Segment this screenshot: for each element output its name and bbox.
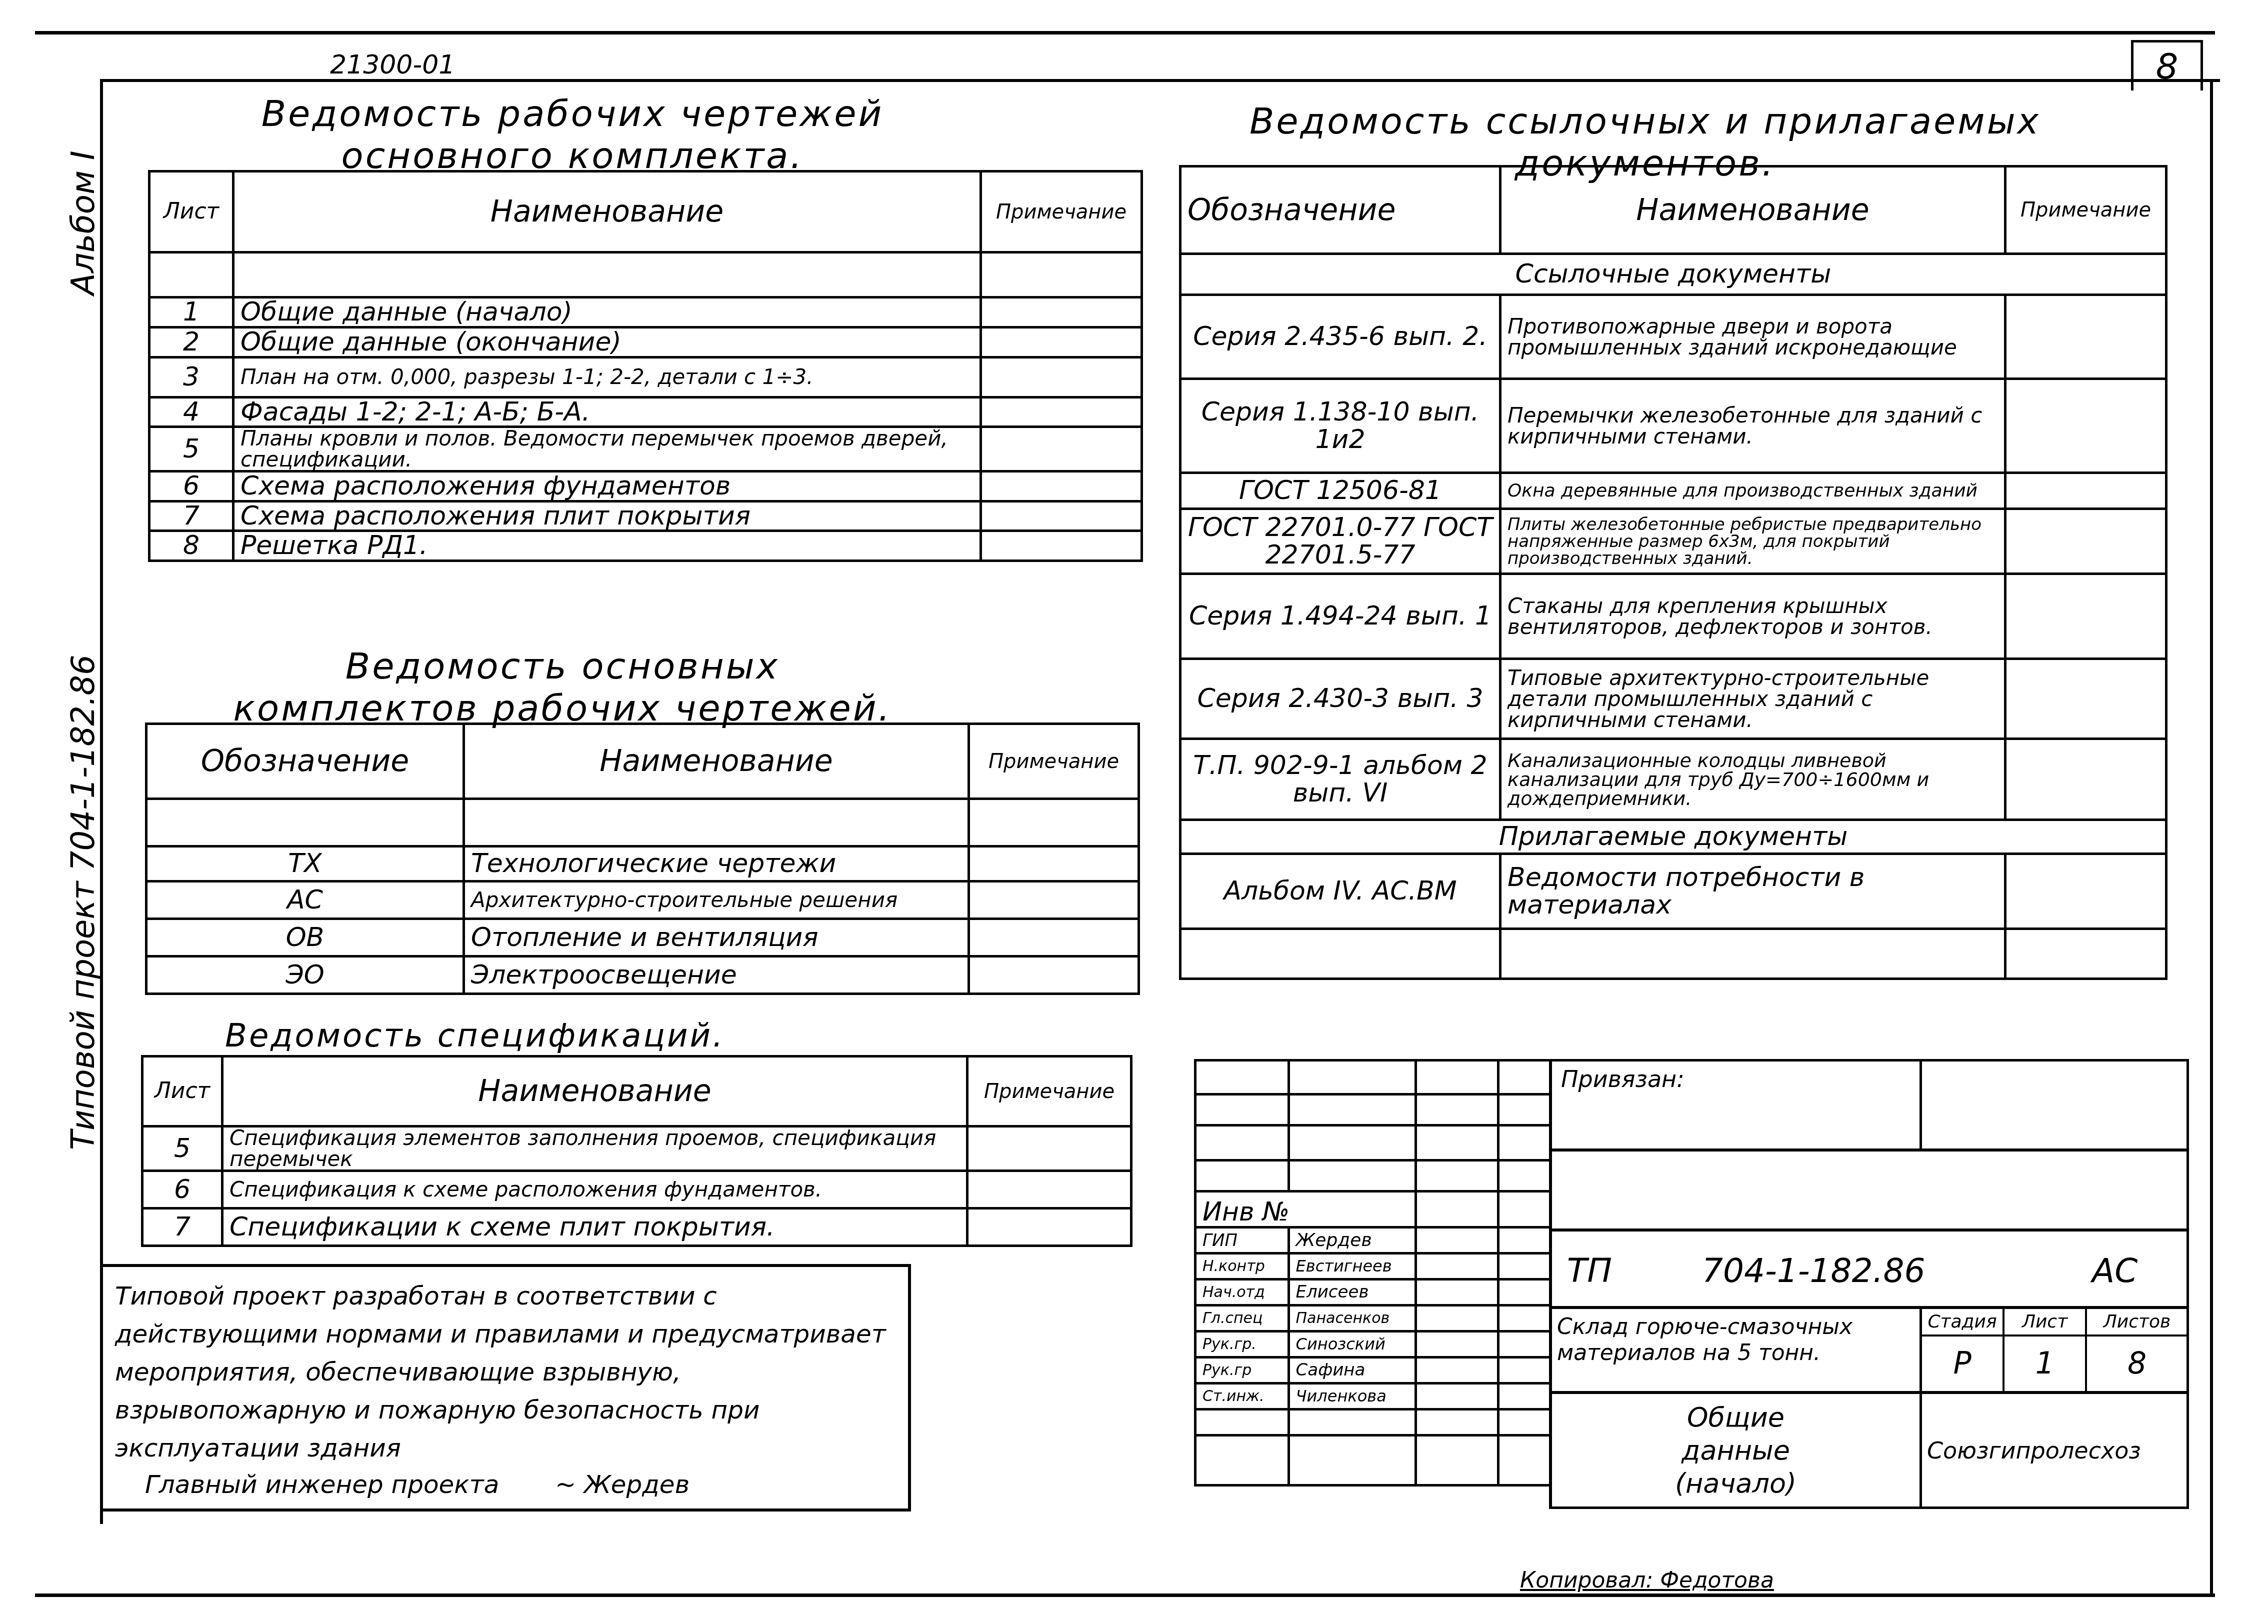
signature-scribble: ~	[555, 1470, 576, 1499]
table-row: 7Схема расположения плит покрытия	[149, 501, 1142, 531]
table-row: 4Фасады 1-2; 2-1; А-Б; Б-А.	[149, 397, 1142, 427]
table-row: Серия 1.138-10 вып. 1и2Перемычки железоб…	[1180, 379, 2166, 473]
table-row: ГОСТ 12506-81Окна деревянные для произво…	[1180, 473, 2166, 509]
corner-sheet-box: 8	[2131, 40, 2203, 90]
archive-code: 21300-01	[330, 50, 455, 80]
table-row: Альбом IV. АС.ВМВедомости потребности в …	[1180, 854, 2166, 929]
sheet-title-cell: Общие данные (начало)	[1552, 1394, 1922, 1506]
signature-mark	[1415, 1227, 1498, 1253]
note-text: Типовой проект разработан в соответствии…	[115, 1277, 893, 1467]
table-row	[1180, 929, 2166, 979]
stage-sheet-grid: Стадия Лист Листов Р 1 8	[1922, 1309, 2187, 1394]
col-header-name: Наименование	[464, 724, 969, 799]
signature-mark	[1415, 1383, 1498, 1409]
table-row: Серия 2.435-6 вып. 2.Противопожарные две…	[1180, 295, 2166, 379]
signature-mark	[1415, 1279, 1498, 1305]
specifications-table: Лист Наименование Примечание 5Спецификац…	[141, 1055, 1132, 1247]
sheets-value: 8	[2087, 1336, 2187, 1391]
object-name-cell: Склад горюче-смазочных материалов на 5 т…	[1552, 1309, 1922, 1394]
organization: Союзгипролесхоз	[1927, 1437, 2141, 1464]
signature-row: Рук.гр.Синозский	[1195, 1331, 1550, 1357]
signature-row: Нач.отдЕлисеев	[1195, 1279, 1550, 1305]
table-row: 7Спецификации к схеме плит покрытия.	[142, 1208, 1131, 1246]
col-header-sheet: Лист	[149, 171, 233, 252]
copied-by: Копировал: Федотова	[1520, 1567, 1774, 1593]
bound-blank	[1922, 1061, 2187, 1151]
table-row: 1Общие данные (начало)	[149, 297, 1142, 327]
table-row: 2Общие данные (окончание)	[149, 327, 1142, 357]
main-drawings-table: Лист Наименование Примечание 1Общие данн…	[148, 170, 1143, 562]
sheet-label: Лист	[2004, 1309, 2087, 1336]
table-row: 5Планы кровли и полов. Ведомости перемыч…	[149, 427, 1142, 471]
sheets-label: Листов	[2087, 1309, 2187, 1336]
main-drawings-title: Ведомость рабочих чертежей основного ком…	[160, 92, 985, 176]
bound-cell: Привязан:	[1552, 1061, 1922, 1151]
table-row: 6Схема расположения фундаментов	[149, 471, 1142, 501]
bound-label: Привязан:	[1561, 1065, 1684, 1092]
inv-label: Инв №	[1195, 1191, 1416, 1227]
specifications-title: Ведомость спецификаций.	[150, 1017, 975, 1054]
side-label-project: Типовой проект 704-1-182.86	[65, 654, 102, 1150]
frame-right-line	[2210, 79, 2213, 1594]
table-row: 5Спецификация элементов заполнения проем…	[142, 1126, 1131, 1171]
col-header-note: Примечание	[2005, 166, 2166, 254]
corner-sheet-number: 8	[2133, 42, 2200, 90]
signature-mark	[1415, 1331, 1498, 1357]
doc-code-prefix: ТП	[1567, 1251, 1612, 1290]
signature-row: Гл.спецПанасенков	[1195, 1305, 1550, 1331]
signature-mark	[1415, 1253, 1498, 1279]
section-referenced: Ссылочные документы	[1180, 254, 2166, 295]
col-header-code: Обозначение	[146, 724, 464, 799]
table-row: 6Спецификация к схеме расположения фунда…	[142, 1171, 1131, 1208]
table-row: Серия 1.494-24 вып. 1Стаканы для креплен…	[1180, 574, 2166, 659]
sheet-value: 1	[2004, 1336, 2087, 1391]
bottom-border-line	[35, 1593, 2215, 1597]
doc-code: 704-1-182.86	[1702, 1251, 1925, 1290]
note-signature: Главный инженер проекта ~ Жердев	[115, 1470, 893, 1499]
col-header-note: Примечание	[969, 724, 1139, 799]
table-row: ОВОтопление и вентиляция	[146, 919, 1139, 956]
main-sets-title: Ведомость основных комплектов рабочих че…	[150, 645, 975, 729]
signature-grid: Инв № ГИПЖердев Н.контрЕвстигнеев Нач.от…	[1194, 1059, 1551, 1486]
references-table: Обозначение Наименование Примечание Ссыл…	[1179, 165, 2167, 980]
col-header-note: Примечание	[967, 1056, 1131, 1126]
stamp-main: Привязан: ТП 704-1-182.86 АС Склад горюч…	[1549, 1059, 2189, 1509]
table-row: ТХТехнологические чертежи	[146, 846, 1139, 881]
signature-row: Рук.грСафина	[1195, 1357, 1550, 1383]
table-row: 8Решетка РД1.	[149, 531, 1142, 561]
object-name: Склад горюче-смазочных материалов на 5 т…	[1557, 1314, 1914, 1366]
organization-cell: Союзгипролесхоз	[1922, 1394, 2187, 1506]
doc-code-row: ТП 704-1-182.86 АС	[1552, 1231, 2186, 1309]
col-header-name: Наименование	[222, 1056, 967, 1126]
signature-mark	[1415, 1357, 1498, 1383]
sheet-title: Общие данные (начало)	[1631, 1401, 1841, 1500]
table-row: ЭОЭлектроосвещение	[146, 956, 1139, 994]
table-row: 3План на отм. 0,000, разрезы 1-1; 2-2, д…	[149, 357, 1142, 397]
table-row: АСАрхитектурно-строительные решения	[146, 881, 1139, 919]
doc-mark: АС	[2092, 1251, 2137, 1290]
stage-value: Р	[1922, 1336, 2004, 1391]
signature-row: ГИПЖердев	[1195, 1227, 1550, 1253]
col-header-note: Примечание	[981, 171, 1142, 252]
col-header-code: Обозначение	[1180, 166, 1500, 254]
col-header-name: Наименование	[233, 171, 981, 252]
table-row: Серия 2.430-3 вып. 3Типовые архитектурно…	[1180, 659, 2166, 739]
col-header-sheet: Лист	[142, 1056, 222, 1126]
note-box: Типовой проект разработан в соответствии…	[100, 1264, 911, 1511]
side-label-album: Альбом I	[65, 150, 102, 295]
table-row: ГОСТ 22701.0-77 ГОСТ 22701.5-77Плиты жел…	[1180, 509, 2166, 574]
signature-row: Н.контрЕвстигнеев	[1195, 1253, 1550, 1279]
signature-mark	[1415, 1305, 1498, 1331]
section-attached: Прилагаемые документы	[1180, 820, 2166, 854]
main-sets-table: Обозначение Наименование Примечание ТХТе…	[145, 722, 1140, 995]
top-border-line	[35, 31, 2215, 34]
stage-label: Стадия	[1922, 1309, 2004, 1336]
stamp-empty-row	[1552, 1151, 2186, 1231]
col-header-name: Наименование	[1500, 166, 2005, 254]
signature-row: Ст.инж.Чиленкова	[1195, 1383, 1550, 1409]
table-row: Т.П. 902-9-1 альбом 2 вып. VIКанализацио…	[1180, 739, 2166, 820]
